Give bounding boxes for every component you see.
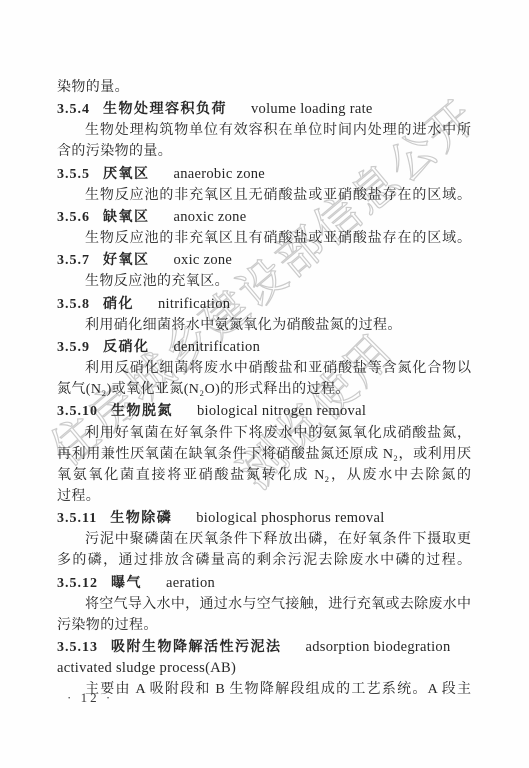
entry-term-en: biological nitrogen removal <box>197 403 366 419</box>
entry-heading: 3.5.13吸附生物降解活性污泥法adsorption biodegration <box>57 636 471 658</box>
term-entry: 3.5.13吸附生物降解活性污泥法adsorption biodegration… <box>57 636 471 700</box>
entry-term-en: adsorption biodegration <box>306 639 451 655</box>
entry-number: 3.5.9 <box>57 340 90 355</box>
definition-line: 生物反应池的非充氧区且无硝酸盐或亚硝酸盐存在的区域。 <box>57 185 471 206</box>
entry-heading: 3.5.5厌氧区anaerobic zone <box>57 163 471 185</box>
entry-term-zh: 硝化 <box>103 295 134 311</box>
entry-term-en: anaerobic zone <box>174 166 266 182</box>
entry-heading: 3.5.11生物除磷biological phosphorus removal <box>57 507 471 529</box>
entry-number: 3.5.8 <box>57 297 90 312</box>
entry-term-zh: 生物除磷 <box>110 509 172 525</box>
entry-heading: 3.5.10生物脱氮biological nitrogen removal <box>57 400 471 422</box>
definition-line: 污泥中聚磷菌在厌氧条件下释放出磷，在好氧条件下摄取更 <box>57 529 471 550</box>
entry-term-en: volume loading rate <box>251 101 373 117</box>
term-entry: 3.5.8硝化nitrification 利用硝化细菌将水中氨氮氧化为硝酸盐氮的… <box>57 293 471 336</box>
entry-term-zh: 厌氧区 <box>103 165 150 181</box>
term-entry: 3.5.7好氧区oxic zone 生物反应池的充氧区。 <box>57 249 471 292</box>
term-entry: 3.5.12曝气aeration 将空气导入水中，通过水与空气接触，进行充氧或去… <box>57 572 471 636</box>
entry-term-zh: 生物处理容积负荷 <box>103 100 227 116</box>
entry-term-zh: 缺氧区 <box>103 208 150 224</box>
definition-line: 氧氨氧化菌直接将亚硝酸盐氮转化成 N₂，从废水中去除氮的 <box>57 465 471 486</box>
definition-line: 氮气(N₂)或氧化亚氮(N₂O)的形式释出的过程。 <box>57 379 471 400</box>
definition-line: 污染物的过程。 <box>57 615 471 636</box>
entry-term-en-continued: activated sludge process(AB) <box>57 658 471 679</box>
entry-heading: 3.5.8硝化nitrification <box>57 293 471 315</box>
entry-term-en: aeration <box>166 575 215 591</box>
definition-line: 含的污染物的量。 <box>57 141 471 162</box>
entry-term-en: biological phosphorus removal <box>196 510 384 526</box>
entry-number: 3.5.10 <box>57 404 98 419</box>
definition-line: 再利用兼性厌氧菌在缺氧条件下将硝酸盐氮还原成 N₂，或利用厌 <box>57 444 471 465</box>
document-page: 住房城乡建设部信息公开 浏览使用 染物的量。 3.5.4生物处理容积负荷volu… <box>0 0 529 768</box>
page-number: · 12 · <box>67 690 113 706</box>
definition-line: 利用硝化细菌将水中氨氮氧化为硝酸盐氮的过程。 <box>57 315 471 336</box>
term-entry: 3.5.5厌氧区anaerobic zone 生物反应池的非充氧区且无硝酸盐或亚… <box>57 163 471 206</box>
definition-line: 将空气导入水中，通过水与空气接触，进行充氧或去除废水中 <box>57 594 471 615</box>
entry-heading: 3.5.7好氧区oxic zone <box>57 249 471 271</box>
definition-line: 主要由 A 吸附段和 B 生物降解段组成的工艺系统。A 段主 <box>57 679 471 700</box>
entry-term-en: nitrification <box>158 296 230 312</box>
term-entry: 3.5.11生物除磷biological phosphorus removal … <box>57 507 471 571</box>
definition-line: 多的磷，通过排放含磷量高的剩余污泥去除废水中磷的过程。 <box>57 550 471 571</box>
term-entry: 3.5.6缺氧区anoxic zone 生物反应池的非充氧区且有硝酸盐或亚硝酸盐… <box>57 206 471 249</box>
entry-number: 3.5.6 <box>57 210 90 225</box>
continuation-line: 染物的量。 <box>57 77 471 98</box>
definition-line: 生物反应池的充氧区。 <box>57 271 471 292</box>
term-entries: 3.5.4生物处理容积负荷volume loading rate 生物处理构筑物… <box>57 98 471 700</box>
entry-term-en: denitrification <box>174 339 261 355</box>
definition-line: 生物反应池的非充氧区且有硝酸盐或亚硝酸盐存在的区域。 <box>57 228 471 249</box>
entry-number: 3.5.7 <box>57 253 90 268</box>
entry-number: 3.5.5 <box>57 167 90 182</box>
definition-line: 利用好氧菌在好氧条件下将废水中的氨氮氧化成硝酸盐氮， <box>57 423 471 444</box>
term-entry: 3.5.4生物处理容积负荷volume loading rate 生物处理构筑物… <box>57 98 471 162</box>
entry-heading: 3.5.6缺氧区anoxic zone <box>57 206 471 228</box>
term-entry: 3.5.10生物脱氮biological nitrogen removal 利用… <box>57 400 471 507</box>
entry-number: 3.5.4 <box>57 102 90 117</box>
entry-term-en: anoxic zone <box>174 209 247 225</box>
definition-line: 生物处理构筑物单位有效容积在单位时间内处理的进水中所 <box>57 120 471 141</box>
term-entry: 3.5.9反硝化denitrification 利用反硝化细菌将废水中硝酸盐和亚… <box>57 336 471 400</box>
definition-line: 过程。 <box>57 486 471 507</box>
entry-term-zh: 曝气 <box>111 574 142 590</box>
definition-line: 利用反硝化细菌将废水中硝酸盐和亚硝酸盐等含氮化合物以 <box>57 358 471 379</box>
entry-term-zh: 生物脱氮 <box>111 402 173 418</box>
entry-heading: 3.5.12曝气aeration <box>57 572 471 594</box>
entry-number: 3.5.11 <box>57 511 97 526</box>
entry-number: 3.5.13 <box>57 640 98 655</box>
entry-term-zh: 反硝化 <box>103 338 150 354</box>
entry-heading: 3.5.9反硝化denitrification <box>57 336 471 358</box>
entry-term-zh: 吸附生物降解活性污泥法 <box>111 638 282 654</box>
page-content: 染物的量。 3.5.4生物处理容积负荷volume loading rate 生… <box>57 77 471 701</box>
entry-term-en: oxic zone <box>174 252 233 268</box>
entry-term-zh: 好氧区 <box>103 251 150 267</box>
entry-heading: 3.5.4生物处理容积负荷volume loading rate <box>57 98 471 120</box>
entry-number: 3.5.12 <box>57 576 98 591</box>
